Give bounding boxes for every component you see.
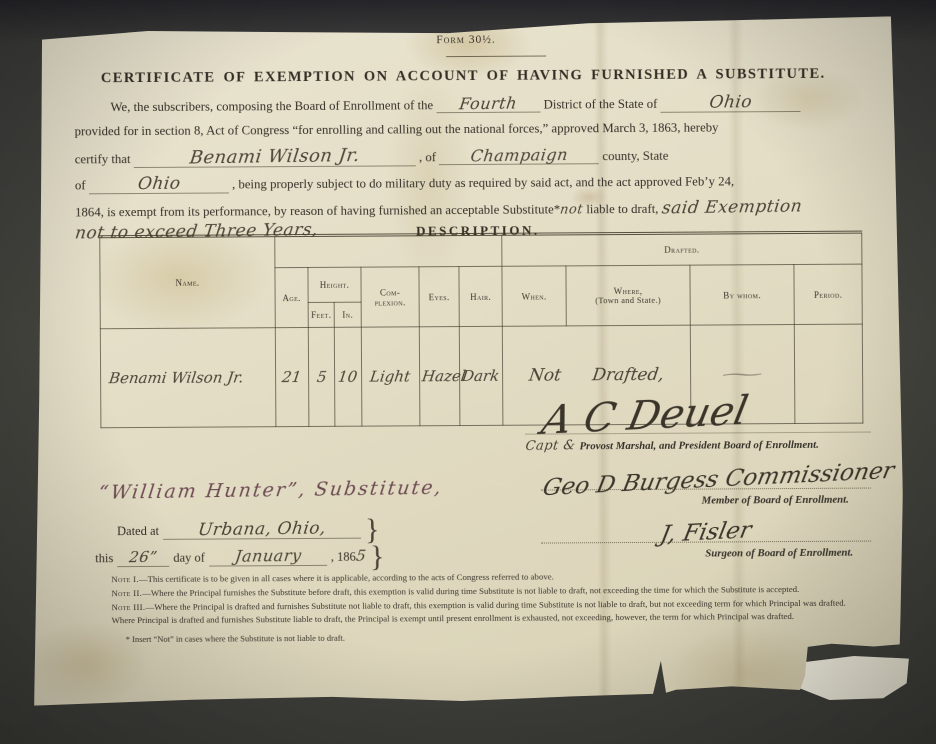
place-handwriting: Urbana, Ohio, <box>197 520 327 539</box>
col-header-drafted: Drafted. <box>502 232 862 266</box>
printed-text: , of <box>419 150 436 164</box>
footnote: * Insert “Not” in cases where the Substi… <box>96 629 898 645</box>
photo-background: { "form_number": "Form 30½.", "title": "… <box>0 0 936 744</box>
complexion-line-1: Com- <box>364 287 417 297</box>
dated-at-line: Dated at Urbana, Ohio, } <box>117 521 380 541</box>
signature-block-provost: A C Deuel Capt &Provost Marshal, and Pre… <box>525 392 870 455</box>
county-blank: Champaign <box>439 147 599 165</box>
printed-text: District of the State of <box>544 97 658 112</box>
body-line-1: We, the subscribers, composing the Board… <box>74 94 874 117</box>
complexion-line-2: plexion. <box>364 297 417 307</box>
header-blank-strip <box>275 234 502 267</box>
printed-text: We, the subscribers, composing the Board… <box>110 98 433 114</box>
substitute-handwriting: “William Hunter”, Substitute, <box>97 477 444 504</box>
dated-at-label: Dated at <box>117 524 159 538</box>
year-printed: , 186 <box>331 550 356 564</box>
day-of-label: day of <box>173 551 205 565</box>
document-paper: Form 30½. CERTIFICATE OF EXEMPTION ON AC… <box>28 13 908 706</box>
principal-name-handwriting: Benami Wilson Jr. <box>189 147 361 168</box>
signature-block-surgeon: J, Fisler Surgeon of Board of Enrollment… <box>541 519 871 563</box>
state-handwriting: Ohio <box>708 94 753 112</box>
printed-text: of <box>75 178 86 192</box>
name-blank: Benami Wilson Jr. <box>134 147 416 168</box>
cell-name: Benami Wilson Jr. <box>100 328 276 428</box>
printed-text: liable to draft, <box>586 202 658 216</box>
body-line-3: certify that Benami Wilson Jr. , of Cham… <box>75 145 875 169</box>
capt-handwriting: Capt & <box>525 438 577 454</box>
form-number: Form 30½. <box>28 31 904 48</box>
this-label: this <box>95 551 113 565</box>
surgeon-title: Surgeon of Board of Enrollment. <box>705 547 853 560</box>
printed-text: county, State <box>602 149 668 163</box>
cell-feet: 5 <box>308 327 335 426</box>
col-header-by-whom: By whom. <box>690 265 794 326</box>
cell-complexion: Light <box>361 327 420 426</box>
not-insert-handwriting: not <box>559 202 584 217</box>
provost-title: Provost Marshal, and President Board of … <box>579 439 818 452</box>
surgeon-signature: J, Fisler <box>658 517 754 547</box>
brace-glyph: } <box>370 540 385 573</box>
state-handwriting-2: Ohio <box>136 176 181 194</box>
state-blank: Ohio <box>660 94 800 113</box>
day-handwriting: 26” <box>128 550 158 565</box>
member-title: Member of Board of Enrollment. <box>702 494 849 507</box>
county-handwriting: Champaign <box>470 147 569 164</box>
body-line-4: of Ohio , being properly subject to do m… <box>75 172 875 195</box>
dated-day-line: this 26” day of January , 1865 } <box>95 547 384 568</box>
month-blank: January <box>209 548 327 567</box>
substitute-line: “William Hunter”, Substitute, <box>99 478 443 502</box>
district-blank: Fourth <box>436 96 540 114</box>
cell-hair: Dark <box>459 326 503 425</box>
exemption-handwriting: said Exemption <box>660 196 803 218</box>
col-header-height: Height. <box>308 267 361 302</box>
col-header-hair: Hair. <box>459 266 502 326</box>
signature-block-member: Geo D Burgess Commissioner Member of Boa… <box>541 466 871 510</box>
body-line-2: provided for in section 8, Act of Congre… <box>75 120 875 140</box>
col-header-inches: In. <box>334 302 361 327</box>
col-header-period: Period. <box>794 264 862 324</box>
col-header-eyes: Eyes. <box>419 267 459 327</box>
place-blank: Urbana, Ohio, <box>163 521 361 540</box>
form-number-rule <box>446 56 546 58</box>
notes-section: Note I.—This certificate is to be given … <box>95 569 897 647</box>
where-line-2: (Town and State.) <box>569 296 688 306</box>
document-title: CERTIFICATE OF EXEMPTION ON ACCOUNT OF H… <box>28 65 898 87</box>
month-handwriting: January <box>234 548 302 565</box>
col-header-name: Name. <box>100 236 276 329</box>
col-header-when: When. <box>502 266 566 326</box>
cell-age: 21 <box>275 327 309 426</box>
col-header-age: Age. <box>275 267 308 327</box>
note-4: Where Principal is drafted and furnishes… <box>96 611 898 627</box>
col-header-where: Where, (Town and State.) <box>566 265 690 326</box>
year-handwriting: 5 <box>355 547 367 565</box>
printed-text: , being properly subject to do military … <box>232 174 734 191</box>
cell-eyes: Hazel <box>419 327 460 426</box>
printed-text: certify that <box>75 152 131 166</box>
printed-text: 1864, is exempt from its performance, by… <box>75 202 554 219</box>
state-blank-2: Ohio <box>89 175 229 194</box>
cell-inches: 10 <box>334 327 362 426</box>
col-header-complexion: Com- plexion. <box>361 267 419 327</box>
torn-paper-flap <box>798 656 910 700</box>
col-header-feet: Feet. <box>308 302 334 327</box>
day-blank: 26” <box>117 550 169 567</box>
district-handwriting: Fourth <box>459 95 519 112</box>
